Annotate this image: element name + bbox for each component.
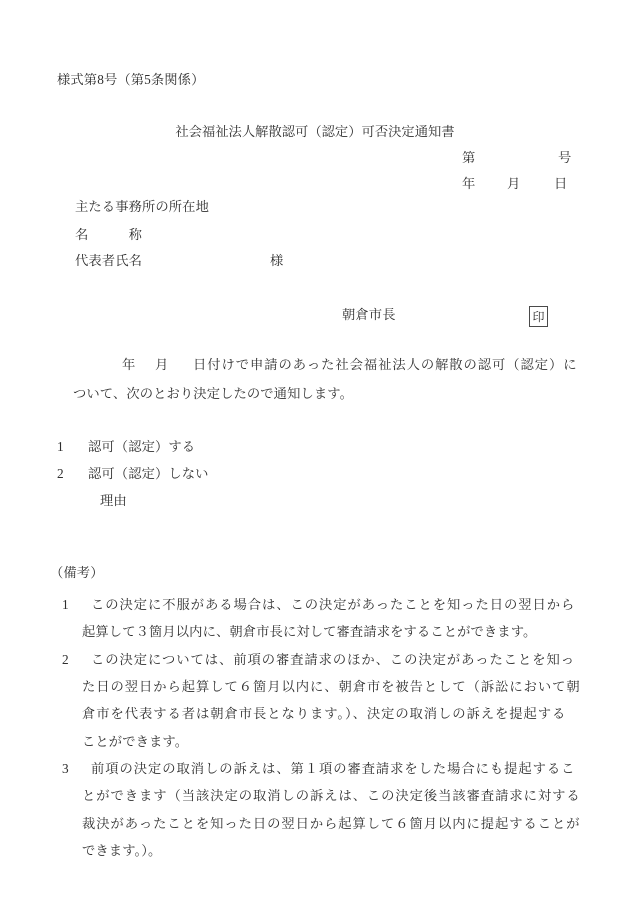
- remark-1-line-1: この決定に不服がある場合は、この決定があったことを知った日の翌日から: [91, 596, 575, 613]
- seal-box: 印: [529, 306, 548, 327]
- document-title: 社会福祉法人解散認可（認定）可否決定通知書: [0, 123, 630, 140]
- remark-3-line-2: とができます（当該決定の取消しの訴えは、この決定後当該審査請求に対する: [82, 787, 581, 804]
- doc-number-suffix: 号: [558, 149, 571, 166]
- date-month-label: 月: [507, 175, 520, 192]
- remark-2-num: 2: [62, 651, 69, 668]
- remarks-heading: （備考）: [50, 564, 104, 581]
- name-label: 名 称: [75, 226, 142, 243]
- remark-1-line-2: 起算して３箇月以内に、朝倉市長に対して審査請求をすることができます。: [82, 623, 536, 640]
- decision-2-num: 2: [57, 465, 64, 482]
- honorific-label: 様: [270, 252, 283, 269]
- remark-3-line-1: 前項の決定の取消しの訴えは、第１項の審査請求をした場合にも提起するこ: [91, 760, 575, 777]
- issuer-title: 朝倉市長: [342, 306, 396, 323]
- body-line2: ついて、次のとおり決定したので通知します。: [73, 385, 353, 402]
- date-day-label: 日: [554, 175, 567, 192]
- remark-2-line-2: た日の翌日から起算して６箇月以内に、朝倉市を被告として（訴訟において朝: [82, 678, 581, 695]
- remark-2-line-1: この決定については、前項の審査請求のほか、この決定があったことを知っ: [91, 651, 575, 668]
- decision-2-text: 認可（認定）しない: [88, 465, 209, 482]
- date-year-label: 年: [462, 175, 475, 192]
- remark-3-num: 3: [62, 760, 69, 777]
- remark-3-line-3: 裁決があったことを知った日の翌日から起算して６箇月以内に提起することが: [82, 815, 581, 832]
- body-year-label: 年: [122, 356, 135, 373]
- body-line1: 日付けで申請のあった社会福祉法人の解散の認可（認定）に: [193, 356, 578, 373]
- reason-label: 理由: [100, 492, 127, 509]
- office-address-label: 主たる事務所の所在地: [75, 198, 209, 215]
- decision-1-text: 認可（認定）する: [88, 438, 195, 455]
- remark-2-line-3: 倉市を代表する者は朝倉市長となります。）、決定の取消しの訴えを提起する: [82, 705, 566, 722]
- document-page: 様式第8号（第5条関係） 社会福祉法人解散認可（認定）可否決定通知書 第 号 年…: [0, 0, 630, 915]
- decision-1-num: 1: [57, 438, 64, 455]
- seal-mark: 印: [532, 308, 544, 325]
- remark-1-num: 1: [62, 596, 69, 613]
- doc-number-prefix: 第: [462, 149, 475, 166]
- body-month-label: 月: [155, 356, 168, 373]
- remark-3-line-4: できます。）。: [82, 842, 161, 859]
- form-number-label: 様式第8号（第5条関係）: [57, 71, 204, 88]
- representative-label: 代表者氏名: [75, 252, 142, 269]
- remark-2-line-4: ことができます。: [82, 733, 188, 750]
